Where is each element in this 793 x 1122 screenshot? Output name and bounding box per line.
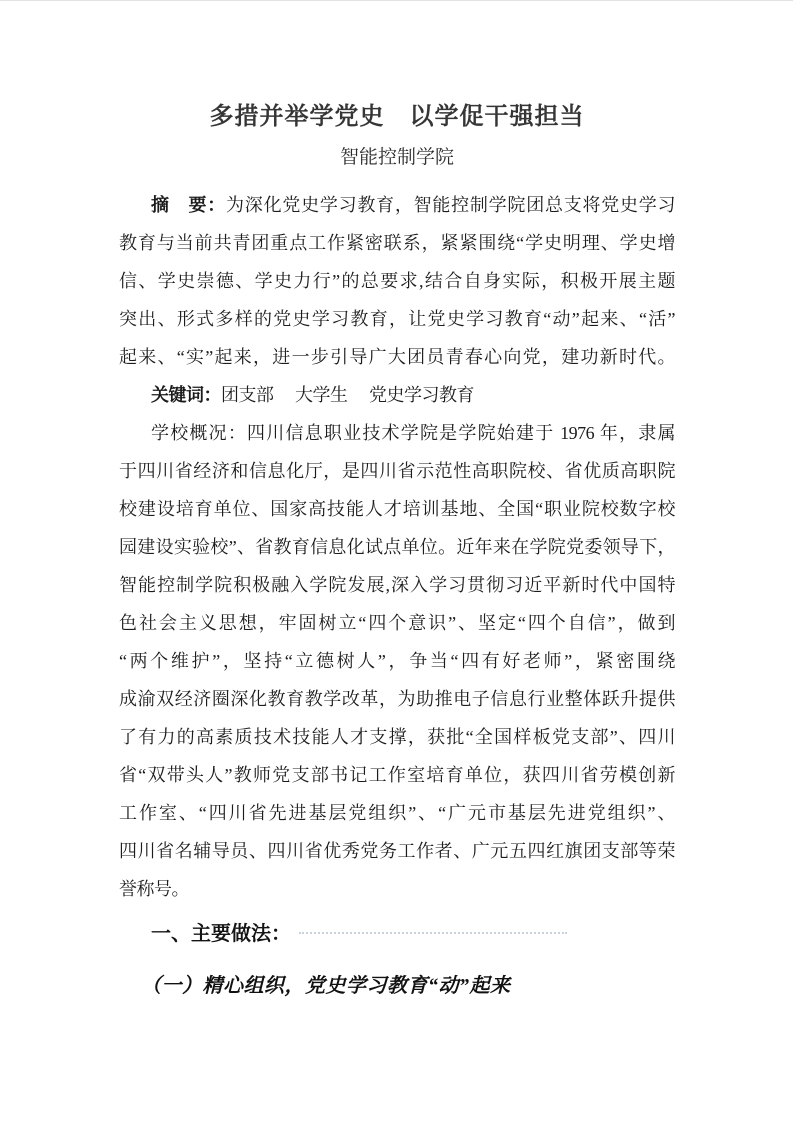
keywords-line: 关键词：团支部 大学生 党史学习教育	[119, 376, 675, 414]
overview-line: 工作室、“四川省先进基层党组织”、“广元市基层先进党组织”、	[119, 794, 675, 832]
abstract-line: 信、学史崇德、学史力行”的总要求,结合自身实际，积极开展主题	[119, 262, 675, 300]
body-text-block: 摘 要：为深化党史学习教育，智能控制学院团总支将党史学习 教育与当前共青团重点工…	[119, 186, 675, 908]
section-heading-main-practices: 一、主要做法：	[119, 914, 675, 954]
overview-line: 了有力的高素质技术技能人才支撑，获批“全国样板党支部”、四川	[119, 718, 675, 756]
overview-line: 学校概况：四川信息职业技术学院是学院始建于 1976 年，隶属	[119, 414, 675, 452]
overview-line: 于四川省经济和信息化厅，是四川省示范性高职院校、省优质高职院	[119, 452, 675, 490]
abstract-label: 摘 要：	[151, 195, 226, 215]
abstract-line: 教育与当前共青团重点工作紧密联系，紧紧围绕“学史明理、学史增	[119, 224, 675, 262]
overview-line: 省“双带头人”教师党支部书记工作室培育单位，获四川省劳模创新	[119, 756, 675, 794]
document-subtitle: 智能控制学院	[119, 146, 675, 170]
overview-line: “两个维护”，坚持“立德树人”，争当“四有好老师”，紧密围绕	[119, 642, 675, 680]
keywords-text: 团支部 大学生 党史学习教育	[221, 385, 474, 405]
overview-line: 四川省名辅导员、四川省优秀党务工作者、广元五四红旗团支部等荣	[119, 832, 675, 870]
dotted-leader	[299, 930, 567, 934]
keywords-label: 关键词：	[151, 385, 221, 405]
abstract-line: 摘 要：为深化党史学习教育，智能控制学院团总支将党史学习	[119, 186, 675, 224]
overview-line: 色社会主义思想，牢固树立“四个意识”、坚定“四个自信”，做到	[119, 604, 675, 642]
abstract-line-text: 为深化党史学习教育，智能控制学院团总支将党史学习	[226, 195, 675, 215]
document-page: 多措并举学党史 以学促干强担当 智能控制学院 摘 要：为深化党史学习教育，智能控…	[0, 0, 793, 1122]
overview-line: 智能控制学院积极融入学院发展,深入学习贯彻习近平新时代中国特	[119, 566, 675, 604]
document-title: 多措并举学党史 以学促干强担当	[119, 100, 675, 134]
overview-line: 校建设培育单位、国家高技能人才培训基地、全国“职业院校数字校	[119, 490, 675, 528]
overview-line: 誉称号。	[119, 870, 675, 908]
overview-line: 成渝双经济圈深化教育教学改革，为助推电子信息行业整体跃升提供	[119, 680, 675, 718]
abstract-line: 起来、“实”起来，进一步引导广大团员青春心向党，建功新时代。	[119, 338, 675, 376]
abstract-line: 突出、形式多样的党史学习教育，让党史学习教育“动”起来、“活”	[119, 300, 675, 338]
overview-line: 园建设实验校”、省教育信息化试点单位。近年来在学院党委领导下，	[119, 528, 675, 566]
subsection-heading-1: （一）精心组织，党史学习教育“动”起来	[119, 966, 675, 1006]
page-content: 多措并举学党史 以学促干强担当 智能控制学院 摘 要：为深化党史学习教育，智能控…	[119, 1, 675, 1006]
section-heading-text: 一、主要做法：	[151, 923, 291, 945]
